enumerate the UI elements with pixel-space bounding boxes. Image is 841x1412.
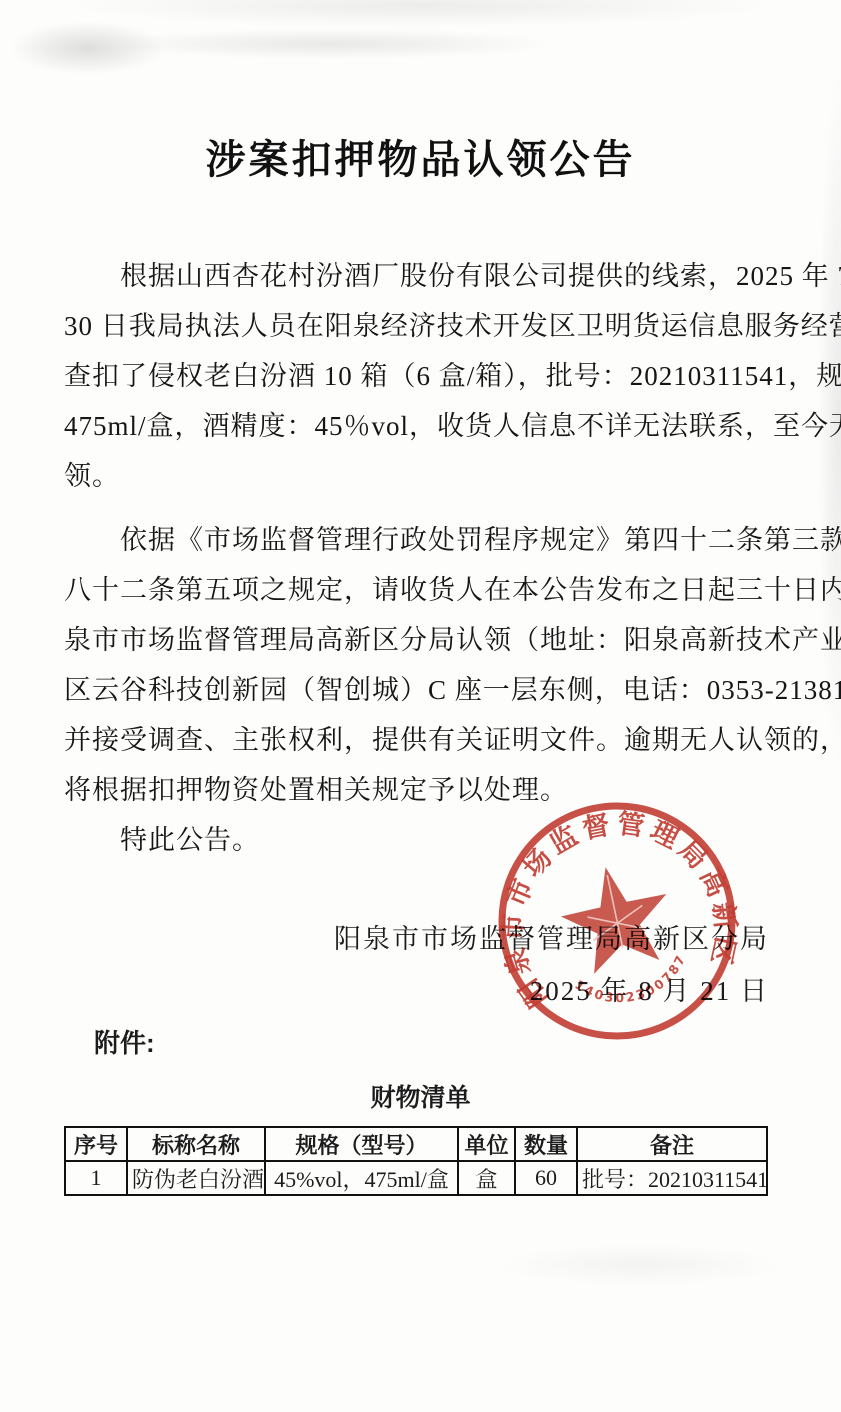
cell-index: 1 bbox=[65, 1161, 127, 1195]
text-line: 依据《市场监督管理行政处罚程序规定》第四十二条第三款和第 bbox=[64, 515, 780, 565]
table-row: 1 防伪老白汾酒 45%vol，475ml/盒 盒 60 批号：20210311… bbox=[65, 1161, 767, 1195]
document-body: 根据山西杏花村汾酒厂股份有限公司提供的线索，2025 年 7 月 30 日我局执… bbox=[64, 251, 780, 865]
closing-statement: 特此公告。 bbox=[64, 815, 780, 865]
document-page: 涉案扣押物品认领公告 根据山西杏花村汾酒厂股份有限公司提供的线索，2025 年 … bbox=[0, 0, 841, 1412]
paragraph-2: 依据《市场监督管理行政处罚程序规定》第四十二条第三款和第 八十二条第五项之规定，… bbox=[64, 515, 780, 815]
col-header-name: 标称名称 bbox=[127, 1127, 265, 1161]
table-header-row: 序号 标称名称 规格（型号） 单位 数量 备注 bbox=[65, 1127, 767, 1161]
issuing-authority: 阳泉市市场监督管理局高新区分局 bbox=[0, 913, 769, 965]
cell-name: 防伪老白汾酒 bbox=[127, 1161, 265, 1195]
cell-quantity: 60 bbox=[515, 1161, 577, 1195]
text-line: 查扣了侵权老白汾酒 10 箱（6 盒/箱），批号：20210311541，规格： bbox=[64, 351, 780, 401]
col-header-spec: 规格（型号） bbox=[265, 1127, 458, 1161]
cell-unit: 盒 bbox=[458, 1161, 515, 1195]
text-line: 根据山西杏花村汾酒厂股份有限公司提供的线索，2025 年 7 月 bbox=[64, 251, 780, 301]
col-header-quantity: 数量 bbox=[515, 1127, 577, 1161]
text-line: 泉市市场监督管理局高新区分局认领（地址：阳泉高新技术产业开发 bbox=[64, 615, 780, 665]
text-line: 30 日我局执法人员在阳泉经济技术开发区卫明货运信息服务经营部 bbox=[64, 301, 780, 351]
col-header-remark: 备注 bbox=[577, 1127, 767, 1161]
cell-spec: 45%vol，475ml/盒 bbox=[265, 1161, 458, 1195]
attachment-label: 附件: bbox=[94, 1023, 841, 1060]
cell-remark: 批号：20210311541 bbox=[577, 1161, 767, 1195]
paragraph-1: 根据山西杏花村汾酒厂股份有限公司提供的线索，2025 年 7 月 30 日我局执… bbox=[64, 251, 780, 501]
text-line: 将根据扣押物资处置相关规定予以处理。 bbox=[64, 765, 780, 815]
inventory-table-title: 财物清单 bbox=[0, 1078, 841, 1114]
col-header-index: 序号 bbox=[65, 1127, 127, 1161]
col-header-unit: 单位 bbox=[458, 1127, 515, 1161]
text-line: 领。 bbox=[64, 451, 780, 501]
text-line: 并接受调查、主张权利，提供有关证明文件。逾期无人认领的，我局 bbox=[64, 715, 780, 765]
text-line: 区云谷科技创新园（智创城）C 座一层东侧，电话：0353-2138181）， bbox=[64, 665, 780, 715]
text-line: 475ml/盒，酒精度：45％vol，收货人信息不详无法联系，至今无人认 bbox=[64, 401, 780, 451]
inventory-table: 序号 标称名称 规格（型号） 单位 数量 备注 1 防伪老白汾酒 45%vol，… bbox=[64, 1126, 768, 1196]
issue-date: 2025 年 8 月 21 日 bbox=[0, 965, 769, 1017]
text-line: 八十二条第五项之规定，请收货人在本公告发布之日起三十日内到阳 bbox=[64, 565, 780, 615]
signature-block: 阳泉市市场监督管理局高新区分局 2025 年 8 月 21 日 bbox=[0, 913, 769, 1017]
page-title: 涉案扣押物品认领公告 bbox=[0, 128, 841, 185]
